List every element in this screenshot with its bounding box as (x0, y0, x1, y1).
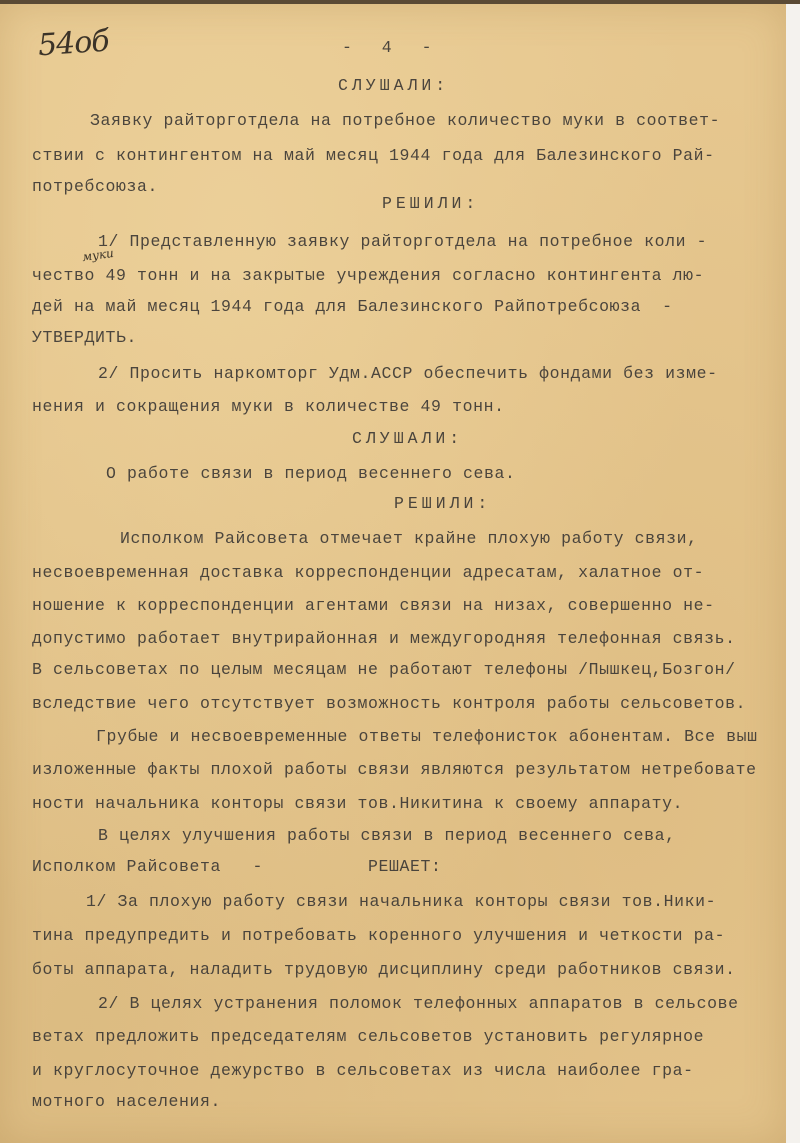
text-line: Заявку райторготдела на потребное количе… (90, 111, 720, 130)
text-line: и круглосуточное дежурство в сельсоветах… (32, 1061, 694, 1080)
text-line: несвоевременная доставка корреспонденции… (32, 563, 704, 582)
text-line: УТВЕРДИТЬ. (32, 328, 137, 347)
text-line: нения и сокращения муки в количестве 49 … (32, 397, 505, 416)
document-page: 54об - 4 - СЛУШАЛИ: Заявку райторготдела… (0, 4, 786, 1143)
text-line: чество 49 тонн и на закрытые учреждения … (32, 266, 704, 285)
section-heading-decided-2: РЕШИЛИ: (394, 494, 491, 513)
text-line: ности начальника конторы связи тов.Никит… (32, 794, 683, 813)
text-line: мотного населения. (32, 1092, 221, 1111)
text-line: боты аппарата, наладить трудовую дисципл… (32, 960, 736, 979)
text-line: В целях улучшения работы связи в период … (98, 826, 676, 845)
text-line: ствии с контингентом на май месяц 1944 г… (32, 146, 715, 165)
section-heading-heard-1: СЛУШАЛИ: (338, 76, 449, 95)
text-line: 2/ В целях устранения поломок телефонных… (98, 994, 739, 1013)
text-line: В сельсоветах по целым месяцам не работа… (32, 660, 736, 679)
text-line: Исполком Райсовета отмечает крайне плоху… (120, 529, 698, 548)
text-line: ветах предложить председателям сельсовет… (32, 1027, 704, 1046)
text-line: вследствие чего отсутствует возможность … (32, 694, 746, 713)
page-number: - 4 - (342, 38, 442, 57)
handwritten-insert: муки (81, 246, 114, 264)
text-line: тина предупредить и потребовать коренног… (32, 926, 725, 945)
text-line: Исполком Райсовета - РЕШАЕТ: (32, 857, 442, 876)
scan-right-margin (786, 4, 800, 1143)
text-line: дей на май месяц 1944 года для Балезинск… (32, 297, 673, 316)
section-heading-heard-2: СЛУШАЛИ: (352, 429, 463, 448)
text-line: 1/ Представленную заявку райторготдела н… (98, 232, 707, 251)
text-line: допустимо работает внутрирайонная и межд… (32, 629, 736, 648)
text-line: изложенные факты плохой работы связи явл… (32, 760, 757, 779)
archive-sheet-number: 54об (37, 24, 110, 64)
text-line: Грубые и несвоевременные ответы телефони… (96, 727, 758, 746)
text-line: потребсоюза. (32, 177, 158, 196)
text-line: О работе связи в период весеннего сева. (106, 464, 516, 483)
text-line: ношение к корреспонденции агентами связи… (32, 596, 715, 615)
text-line: 1/ За плохую работу связи начальника кон… (86, 892, 716, 911)
section-heading-decided-1: РЕШИЛИ: (382, 194, 479, 213)
text-line: 2/ Просить наркомторг Удм.АССР обеспечит… (98, 364, 718, 383)
